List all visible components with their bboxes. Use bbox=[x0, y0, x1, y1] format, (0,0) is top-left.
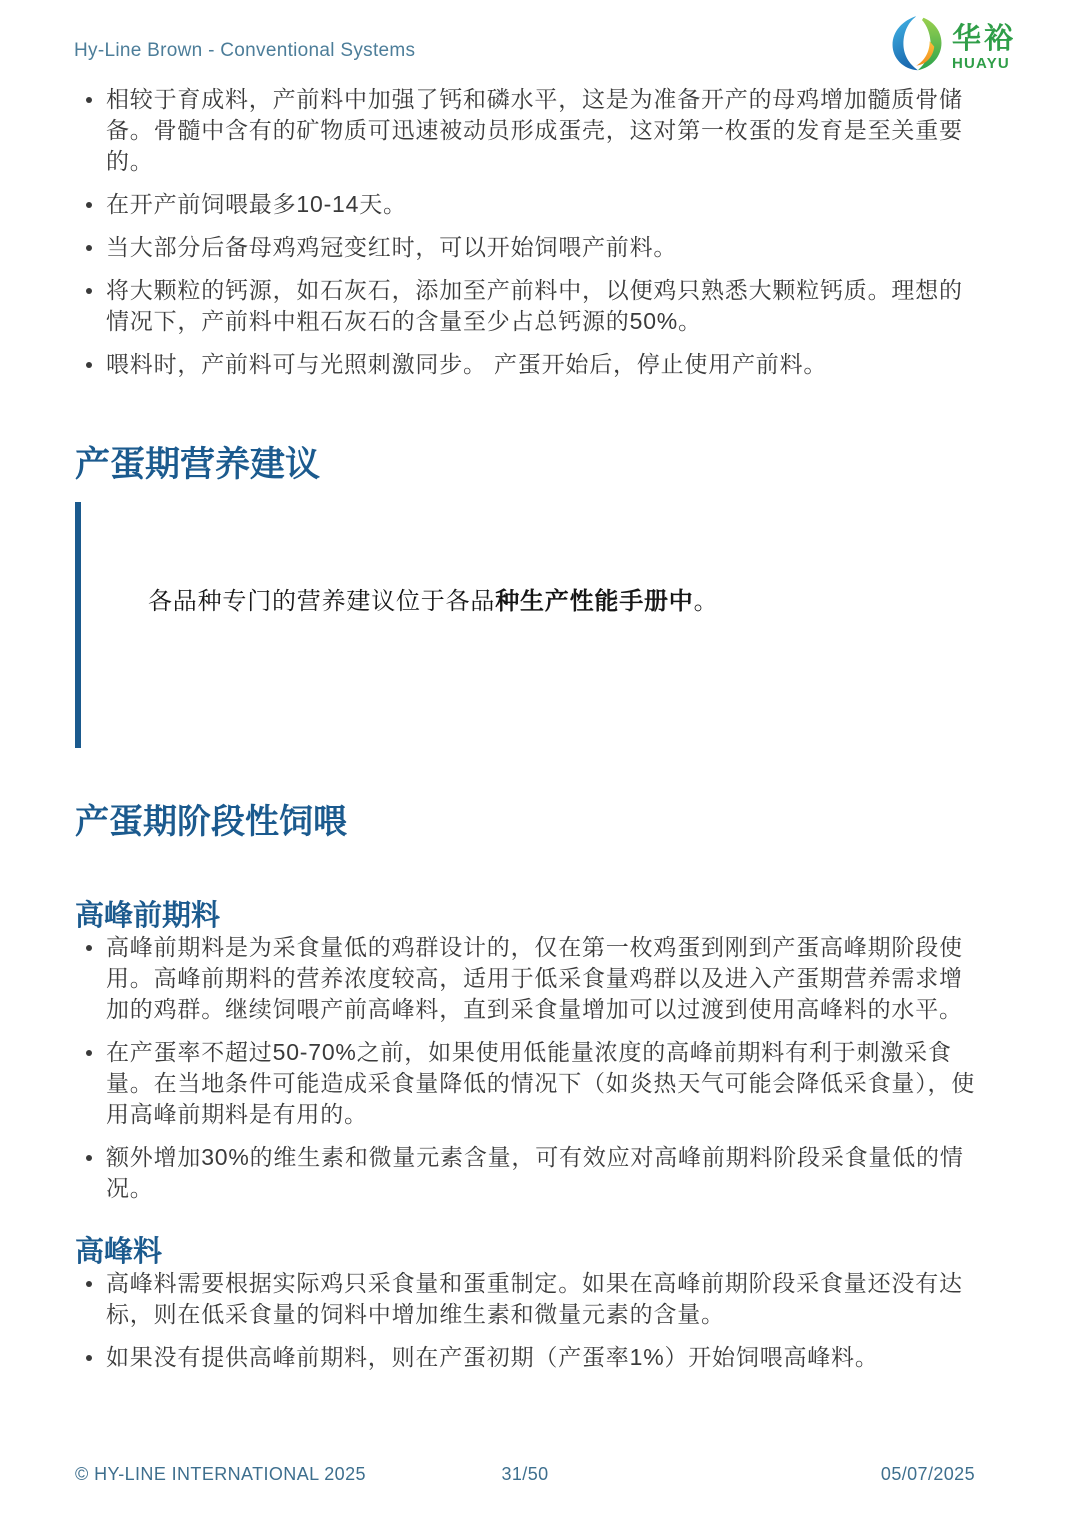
section-title-nutrition: 产蛋期营养建议 bbox=[75, 444, 980, 486]
footer-date: 05/07/2025 bbox=[881, 1464, 975, 1485]
list-item-text: 在开产前饲喂最多10-14天。 bbox=[106, 191, 407, 217]
list-item: 额外增加30%的维生素和微量元素含量，可有效应对高峰前期料阶段采食量低的情况。 bbox=[85, 1142, 980, 1204]
peak-bullet-list: 高峰料需要根据实际鸡只采食量和蛋重制定。如果在高峰前期阶段采食量还没有达标，则在… bbox=[85, 1268, 980, 1373]
bullet-icon bbox=[86, 1281, 92, 1287]
quote-bar bbox=[75, 502, 81, 748]
page-footer: © HY-LINE INTERNATIONAL 2025 31/50 05/07… bbox=[75, 1464, 975, 1488]
logo-text-cn: 华裕 bbox=[952, 24, 1016, 54]
note-text: 各品种专门的营养建议位于各品种生产性能手册中。 bbox=[148, 585, 718, 618]
bullet-icon bbox=[86, 1050, 92, 1056]
list-item: 当大部分后备母鸡鸡冠变红时，可以开始饲喂产前料。 bbox=[85, 232, 980, 263]
subsection-title-prepeak: 高峰前期料 bbox=[75, 900, 980, 932]
note-text-bold: 种生产性能手册中 bbox=[495, 588, 693, 615]
intro-bullet-list: 相较于育成料，产前料中加强了钙和磷水平，这是为准备开产的母鸡增加髓质骨储备。骨髓… bbox=[85, 84, 980, 380]
huayu-logo: 华裕 HUAYU bbox=[888, 14, 1016, 72]
list-item-text: 在产蛋率不超过50-70%之前，如果使用低能量浓度的高峰前期料有利于刺激采食量。… bbox=[106, 1039, 975, 1127]
list-item: 在产蛋率不超过50-70%之前，如果使用低能量浓度的高峰前期料有利于刺激采食量。… bbox=[85, 1037, 980, 1130]
note-text-regular: 各品种专门的营养建议位于各品 bbox=[148, 588, 495, 615]
bullet-icon bbox=[86, 245, 92, 251]
list-item: 在开产前饲喂最多10-14天。 bbox=[85, 189, 980, 220]
document-title: Hy-Line Brown - Conventional Systems bbox=[74, 40, 415, 62]
list-item-text: 将大颗粒的钙源，如石灰石，添加至产前料中，以便鸡只熟悉大颗粒钙质。理想的情况下，… bbox=[106, 277, 963, 334]
logo-text-en: HUAYU bbox=[952, 55, 1016, 72]
list-item-text: 额外增加30%的维生素和微量元素含量，可有效应对高峰前期料阶段采食量低的情况。 bbox=[106, 1144, 964, 1201]
list-item: 将大颗粒的钙源，如石灰石，添加至产前料中，以便鸡只熟悉大颗粒钙质。理想的情况下，… bbox=[85, 275, 980, 337]
prepeak-bullet-list: 高峰前期料是为采食量低的鸡群设计的，仅在第一枚鸡蛋到刚到产蛋高峰期阶段使用。高峰… bbox=[85, 932, 980, 1204]
bullet-icon bbox=[86, 1155, 92, 1161]
bullet-icon bbox=[86, 945, 92, 951]
document-page: Hy-Line Brown - Conventional Systems bbox=[0, 0, 1080, 1528]
bullet-icon bbox=[86, 97, 92, 103]
page-content: 相较于育成料，产前料中加强了钙和磷水平，这是为准备开产的母鸡增加髓质骨储备。骨髓… bbox=[0, 84, 1080, 1373]
footer-copyright: © HY-LINE INTERNATIONAL 2025 bbox=[75, 1464, 366, 1485]
bullet-icon bbox=[86, 288, 92, 294]
list-item: 相较于育成料，产前料中加强了钙和磷水平，这是为准备开产的母鸡增加髓质骨储备。骨髓… bbox=[85, 84, 980, 177]
list-item-text: 高峰前期料是为采食量低的鸡群设计的，仅在第一枚鸡蛋到刚到产蛋高峰期阶段使用。高峰… bbox=[106, 934, 963, 1022]
list-item: 高峰前期料是为采食量低的鸡群设计的，仅在第一枚鸡蛋到刚到产蛋高峰期阶段使用。高峰… bbox=[85, 932, 980, 1025]
list-item: 如果没有提供高峰前期料，则在产蛋初期（产蛋率1%）开始饲喂高峰料。 bbox=[85, 1342, 980, 1373]
list-item: 喂料时，产前料可与光照刺激同步。 产蛋开始后，停止使用产前料。 bbox=[85, 349, 980, 380]
list-item-text: 高峰料需要根据实际鸡只采食量和蛋重制定。如果在高峰前期阶段采食量还没有达标，则在… bbox=[106, 1270, 963, 1327]
list-item-text: 相较于育成料，产前料中加强了钙和磷水平，这是为准备开产的母鸡增加髓质骨储备。骨髓… bbox=[106, 86, 963, 174]
note-block: 各品种专门的营养建议位于各品种生产性能手册中。 bbox=[75, 502, 980, 748]
page-header: Hy-Line Brown - Conventional Systems bbox=[0, 0, 1080, 84]
note-text-end: 。 bbox=[694, 588, 719, 615]
bullet-icon bbox=[86, 362, 92, 368]
list-item-text: 喂料时，产前料可与光照刺激同步。 产蛋开始后，停止使用产前料。 bbox=[106, 351, 827, 377]
list-item-text: 如果没有提供高峰前期料，则在产蛋初期（产蛋率1%）开始饲喂高峰料。 bbox=[106, 1344, 879, 1370]
section-title-phase-feeding: 产蛋期阶段性饲喂 bbox=[75, 802, 980, 842]
huayu-logo-icon bbox=[888, 14, 946, 72]
list-item: 高峰料需要根据实际鸡只采食量和蛋重制定。如果在高峰前期阶段采食量还没有达标，则在… bbox=[85, 1268, 980, 1330]
logo-text: 华裕 HUAYU bbox=[952, 24, 1016, 72]
list-item-text: 当大部分后备母鸡鸡冠变红时，可以开始饲喂产前料。 bbox=[106, 234, 677, 260]
subsection-title-peak: 高峰料 bbox=[75, 1236, 980, 1268]
footer-page-number: 31/50 bbox=[501, 1464, 548, 1485]
bullet-icon bbox=[86, 202, 92, 208]
bullet-icon bbox=[86, 1355, 92, 1361]
